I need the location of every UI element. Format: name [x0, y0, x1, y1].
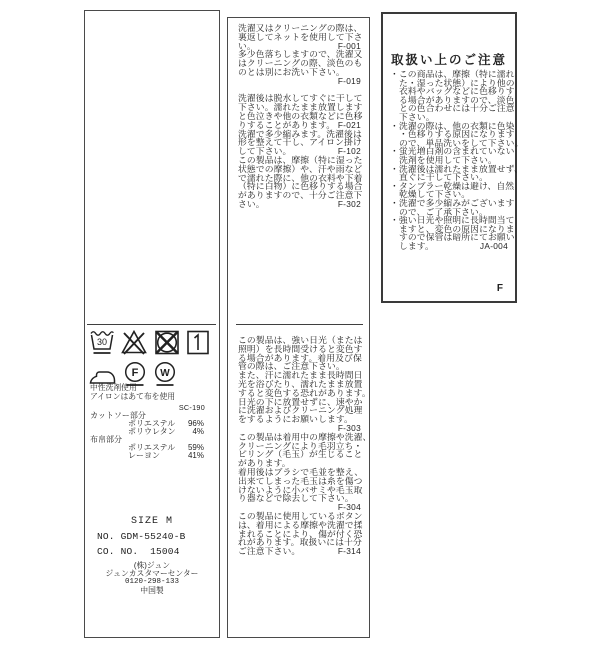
reference-code: F-302: [338, 200, 361, 209]
f-mark: F: [497, 283, 504, 294]
wetclean-W-gentle-icon: W: [154, 361, 176, 388]
no-tumble-dry-icon: [153, 328, 181, 356]
svg-text:W: W: [160, 368, 170, 379]
reference-code: JA-004: [480, 242, 508, 251]
care-symbols-row-1: 30: [89, 328, 210, 356]
hang-dry-icon: [186, 328, 210, 356]
color-number: CO. NO. 15004: [97, 546, 180, 557]
text-line: ご注意下さい。F-314: [238, 547, 361, 556]
wash-instructions-panel: 洗濯又はクリーニングの際は、裏返してネットを使用して下さい。F-001多少色落ち…: [227, 17, 370, 638]
product-number: NO. GDM-55240-B: [97, 531, 186, 542]
svg-text:30: 30: [97, 337, 107, 347]
wash-instructions-text: 洗濯又はクリーニングの際は、裏返してネットを使用して下さい。F-001多少色落ち…: [238, 24, 361, 209]
handling-precautions-panel: 取扱い上のご注意 ・この商品は、摩擦（特に濡れた・湿った状態）により他の衣料やバ…: [381, 12, 517, 303]
divider: [236, 324, 363, 325]
reference-code: F-019: [338, 77, 361, 86]
composition-row: レーヨン41%: [90, 452, 204, 460]
text-line: します。JA-004: [390, 242, 508, 251]
text-line: さい。F-302: [238, 200, 361, 209]
care-code: SC-190: [179, 403, 205, 412]
wash-30-gentle-icon: 30: [89, 328, 115, 356]
svg-text:F: F: [132, 367, 139, 379]
text-line: F-019: [238, 77, 361, 86]
size-label: SIZE M: [85, 516, 219, 527]
precautions-title: 取扱い上のご注意: [383, 50, 515, 68]
company-block: (株)ジュン ジュンカスタマーセンター 0120-298-133 中国製: [85, 562, 219, 595]
fabric-composition: カットソー部分ポリエステル96%ポリウレタン4%布帛部分ポリエステル59%レーヨ…: [90, 412, 204, 460]
divider: [87, 324, 216, 325]
country-of-origin: 中国製: [85, 587, 219, 595]
iron-cloth-note: アイロンはあて布を使用: [90, 393, 175, 402]
precautions-list: ・この商品は、摩擦（特に濡れた・湿った状態）により他の衣料やバッグなどに色移りす…: [390, 70, 508, 250]
product-cautions-text: この製品は、強い日光（または照明）を長時間受けると変色する場合があります。着用及…: [238, 336, 361, 556]
no-bleach-icon: [120, 328, 148, 356]
customer-center: ジュンカスタマーセンター: [85, 570, 219, 578]
left-label-panel: 30: [84, 10, 220, 638]
reference-code: F-314: [338, 547, 361, 556]
